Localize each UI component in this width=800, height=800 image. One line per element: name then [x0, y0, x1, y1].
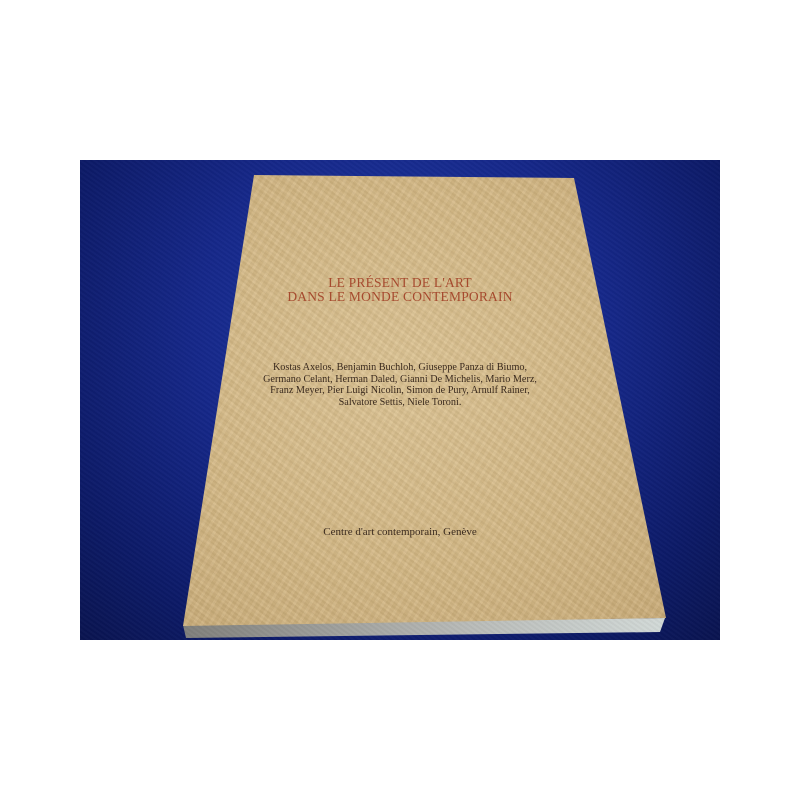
book-title: Le Présent de l'Art dans le monde contem…: [0, 276, 800, 304]
authors-line-1: Kostas Axelos, Benjamin Buchloh, Giusepp…: [0, 362, 800, 374]
book-authors: Kostas Axelos, Benjamin Buchloh, Giusepp…: [0, 362, 800, 408]
authors-line-4: Salvatore Settis, Niele Toroni.: [0, 397, 800, 409]
authors-line-2: Germano Celant, Herman Daled, Gianni De …: [0, 374, 800, 386]
book-publisher: Centre d'art contemporain, Genève: [0, 526, 800, 538]
book-title-line-2: dans le monde contemporain: [0, 290, 800, 304]
book-title-line-1: Le Présent de l'Art: [0, 276, 800, 290]
authors-line-3: Franz Meyer, Pier Luigi Nicolin, Simon d…: [0, 385, 800, 397]
